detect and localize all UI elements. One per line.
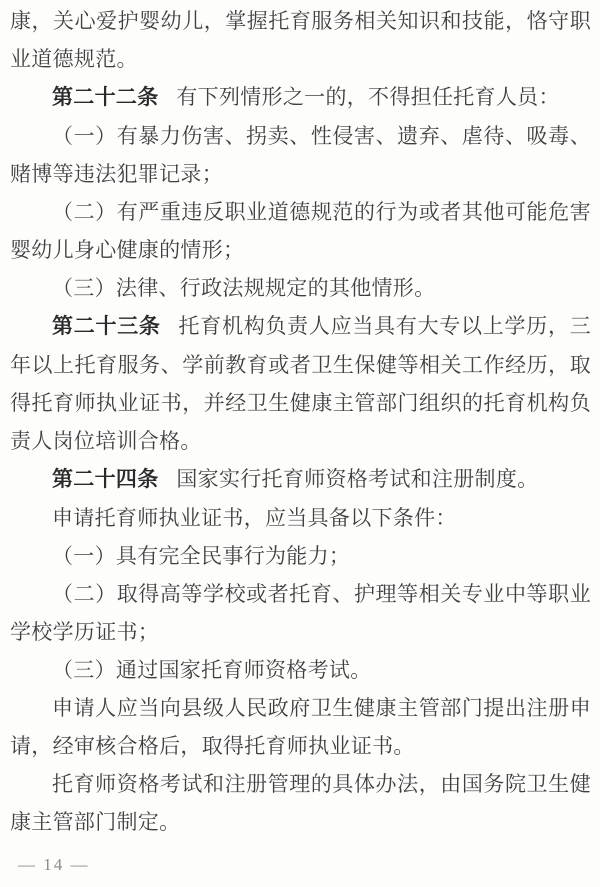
article-paragraph: 第二十二条有下列情形之一的，不得担任托育人员： <box>10 78 591 117</box>
document-page: 康，关心爱护婴幼儿，掌握托育服务相关知识和技能，恪守职业道德规范。第二十二条有下… <box>0 0 600 887</box>
page-number: — 14 — <box>18 855 90 874</box>
paragraph: 康，关心爱护婴幼儿，掌握托育服务相关知识和技能，恪守职业道德规范。 <box>10 2 591 78</box>
paragraph: 申请人应当向县级人民政府卫生健康主管部门提出注册申请，经审核合格后，取得托育师执… <box>10 689 591 765</box>
article-number-heading: 第二十三条 <box>52 315 161 338</box>
paragraph: （一）具有完全民事行为能力； <box>10 537 591 575</box>
paragraph: （二）有严重违反职业道德规范的行为或者其他可能危害婴幼儿身心健康的情形； <box>10 193 591 269</box>
paragraph: （一）有暴力伤害、拐卖、性侵害、遗弃、虐待、吸毒、赌博等违法犯罪记录； <box>10 117 591 193</box>
article-paragraph: 第二十四条国家实行托育师资格考试和注册制度。 <box>10 460 591 499</box>
paragraph: （三）法律、行政法规规定的其他情形。 <box>10 269 591 307</box>
paragraph: 申请托育师执业证书，应当具备以下条件： <box>10 499 591 537</box>
article-paragraph: 第二十三条托育机构负责人应当具有大专以上学历，三年以上托育服务、学前教育或者卫生… <box>10 307 591 460</box>
paragraph: （三）通过国家托育师资格考试。 <box>10 651 591 689</box>
paragraph: 托育师资格考试和注册管理的具体办法，由国务院卫生健康主管部门制定。 <box>10 765 591 841</box>
page-footer: — 14 — <box>18 855 90 875</box>
article-number-heading: 第二十二条 <box>52 86 159 109</box>
paragraph: （二）取得高等学校或者托育、护理等相关专业中等职业学校学历证书； <box>10 575 591 651</box>
document-body: 康，关心爱护婴幼儿，掌握托育服务相关知识和技能，恪守职业道德规范。第二十二条有下… <box>0 0 600 841</box>
article-number-heading: 第二十四条 <box>52 468 159 491</box>
